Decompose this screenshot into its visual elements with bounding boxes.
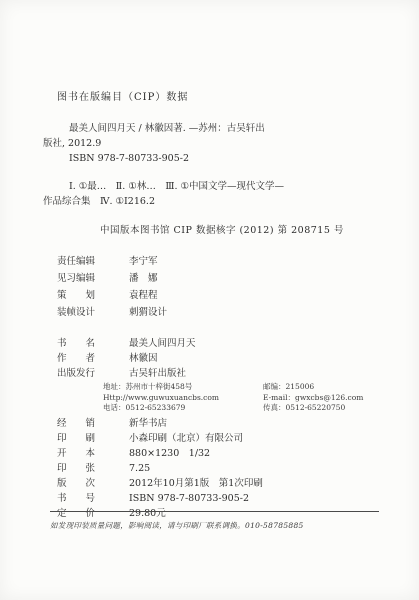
colophon-value: 小森印刷（北京）有限公司 [129,431,243,446]
colophon-label: 开 本 [57,446,115,461]
publisher-details-row: 电话：0512-65233679 传真：0512-65220750 [103,403,381,414]
cip-section: 图书在版编目（CIP）数据 最美人间四月天 / 林徽因著. —苏州：古吴轩出 版… [43,88,381,236]
staff-value: 刺猬设计 [129,304,167,321]
colophon-label: 书 号 [57,491,115,506]
colophon-label: 书 名 [57,336,115,351]
staff-section: 责任编辑 李宁军 见习编辑 潘 娜 策 划 袁程程 装帧设计 刺猬设计 [57,253,381,321]
publisher-address: 地址：苏州市十梓街458号 [103,382,263,393]
staff-row: 见习编辑 潘 娜 [57,270,381,287]
staff-label: 责任编辑 [57,253,115,270]
colophon-value: ISBN 978-7-80733-905-2 [129,491,249,506]
cip-entry: 最美人间四月天 / 林徽因著. —苏州：古吴轩出 版社, 2012.9 ISBN… [43,121,381,166]
colophon-section: 书 名 最美人间四月天 作 者 林徽因 出版发行 古吴轩出版社 地址：苏州市十梓… [57,336,381,521]
publisher-website: Http://www.guwuxuancbs.com [103,393,263,404]
cip-entry-isbn: ISBN 978-7-80733-905-2 [43,151,381,166]
footer-divider [50,511,379,512]
quality-notice: 如发现印装质量问题，影响阅读，请与印刷厂联系调换。010-58785885 [50,520,379,531]
colophon-row-sheets: 印 张 7.25 [57,461,381,476]
staff-row: 策 划 袁程程 [57,287,381,304]
staff-value: 李宁军 [129,253,158,270]
publisher-details-row: Http://www.guwuxuancbs.com E-mail：gwxcbs… [103,393,381,404]
publisher-postcode: 邮编：215006 [263,382,314,393]
colophon-row-edition: 版 次 2012年10月第1版 第1次印刷 [57,476,381,491]
colophon-row-publisher: 出版发行 古吴轩出版社 [57,366,381,381]
colophon-label: 印 刷 [57,431,115,446]
staff-row: 装帧设计 刺猬设计 [57,304,381,321]
colophon-value: 7.25 [129,461,150,476]
colophon-value: 林徽因 [129,351,158,366]
cip-class-line2: 作品综合集 Ⅳ. ①I216.2 [43,194,381,209]
publisher-fax: 传真：0512-65220750 [263,403,345,414]
colophon-value: 新华书店 [129,416,167,431]
colophon-row-title: 书 名 最美人间四月天 [57,336,381,351]
colophon-row-format: 开 本 880×1230 1/32 [57,446,381,461]
staff-value: 袁程程 [129,287,158,304]
colophon-row-distributor: 经 销 新华书店 [57,416,381,431]
staff-label: 策 划 [57,287,115,304]
footer-section: 如发现印装质量问题，影响阅读，请与印刷厂联系调换。010-58785885 [50,511,379,531]
staff-label: 见习编辑 [57,270,115,287]
colophon-row-isbn: 书 号 ISBN 978-7-80733-905-2 [57,491,381,506]
colophon-label: 作 者 [57,351,115,366]
publisher-email: E-mail：gwxcbs@126.com [263,393,363,404]
cip-classification: Ⅰ. ①最… Ⅱ. ①林… Ⅲ. ①中国文学—现代文学— 作品综合集 Ⅳ. ①I… [43,179,381,209]
colophon-label: 版 次 [57,476,115,491]
staff-row: 责任编辑 李宁军 [57,253,381,270]
colophon-label: 经 销 [57,416,115,431]
staff-label: 装帧设计 [57,304,115,321]
cip-class-line1: Ⅰ. ①最… Ⅱ. ①林… Ⅲ. ①中国文学—现代文学— [43,179,381,194]
colophon-row-author: 作 者 林徽因 [57,351,381,366]
colophon-value: 古吴轩出版社 [129,366,186,381]
colophon-value: 880×1230 1/32 [129,446,210,461]
staff-value: 潘 娜 [129,270,158,287]
colophon-value: 最美人间四月天 [129,336,196,351]
colophon-value: 2012年10月第1版 第1次印刷 [129,476,263,491]
book-copyright-page: 图书在版编目（CIP）数据 最美人间四月天 / 林徽因著. —苏州：古吴轩出 版… [0,0,419,600]
cip-entry-line1: 最美人间四月天 / 林徽因著. —苏州：古吴轩出 [43,121,381,136]
publisher-phone: 电话：0512-65233679 [103,403,263,414]
colophon-label: 印 张 [57,461,115,476]
publisher-details-row: 地址：苏州市十梓街458号 邮编：215006 [103,382,381,393]
colophon-label: 出版发行 [57,366,115,381]
cip-header: 图书在版编目（CIP）数据 [57,88,381,103]
publisher-details: 地址：苏州市十梓街458号 邮编：215006 Http://www.guwux… [103,382,381,414]
cip-entry-line2: 版社, 2012.9 [43,136,381,151]
cip-record-number: 中国版本图书馆 CIP 数据核字 (2012) 第 208715 号 [43,222,381,236]
colophon-row-printer: 印 刷 小森印刷（北京）有限公司 [57,431,381,446]
